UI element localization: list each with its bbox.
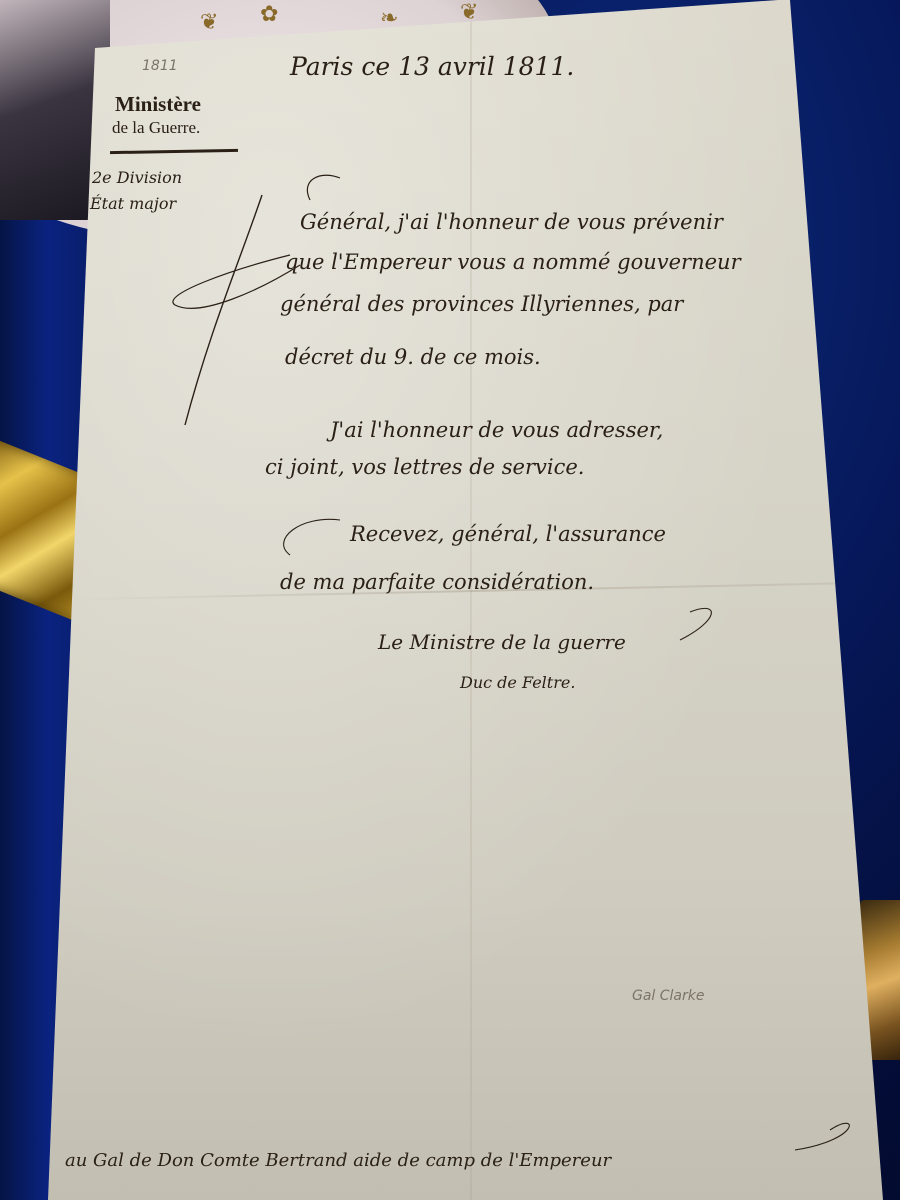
calligraphic-flourish-icon	[0, 0, 900, 1200]
body-line: Général, j'ai l'honneur de vous prévenir	[300, 210, 723, 234]
body-line: Recevez, général, l'assurance	[350, 522, 666, 546]
body-line: que l'Empereur vous a nommé gouverneur	[285, 250, 741, 274]
recipient-line: au Gal de Don Comte Bertrand aide de cam…	[65, 1150, 611, 1171]
body-line: de ma parfaite considération.	[280, 570, 594, 594]
pencil-attribution-note: Gal Clarke	[632, 988, 705, 1004]
body-line: J'ai l'honneur de vous adresser,	[330, 418, 663, 442]
body-line: général des provinces Illyriennes, par	[280, 292, 683, 316]
body-line: ci joint, vos lettres de service.	[265, 455, 584, 479]
closing-title: Le Ministre de la guerre	[378, 630, 626, 654]
signature: Duc de Feltre.	[460, 673, 575, 692]
body-line: décret du 9. de ce mois.	[285, 345, 541, 369]
